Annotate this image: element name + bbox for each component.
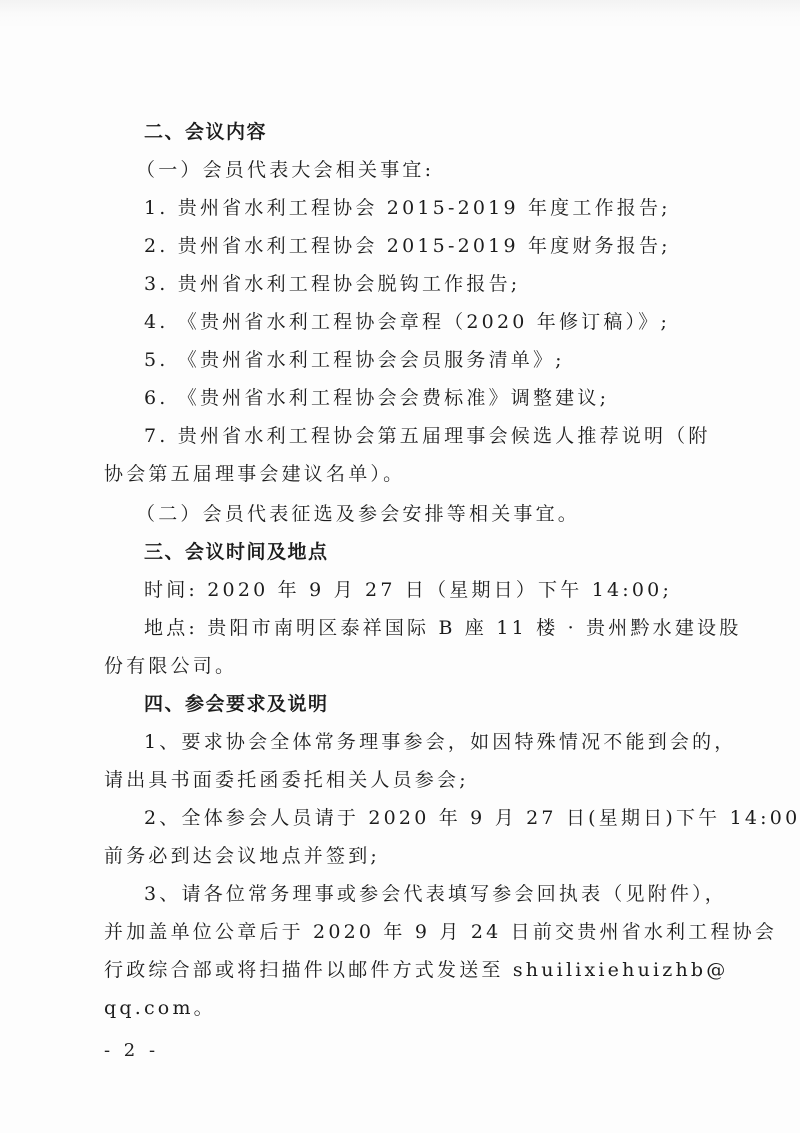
- section-heading-meeting-content: 二、会议内容: [144, 118, 267, 146]
- subsection-heading-member-congress: （一）会员代表大会相关事宜:: [136, 156, 434, 184]
- agenda-item-4: 4. 《贵州省水利工程协会章程（2020 年修订稿）》;: [144, 308, 670, 336]
- section-heading-requirements: 四、参会要求及说明: [144, 690, 329, 718]
- agenda-item-7: 7. 贵州省水利工程协会第五届理事会候选人推荐说明（附: [144, 422, 711, 450]
- meeting-location: 地点: 贵阳市南明区泰祥国际 B 座 11 楼 · 贵州黔水建设股: [144, 614, 741, 642]
- requirement-1-continued: 请出具书面委托函委托相关人员参会;: [104, 766, 469, 794]
- requirement-2-continued: 前务必到达会议地点并签到;: [104, 842, 380, 870]
- requirement-3-continued-1: 并加盖单位公章后于 2020 年 9 月 24 日前交贵州省水利工程协会: [104, 918, 777, 946]
- agenda-item-3: 3. 贵州省水利工程协会脱钩工作报告;: [144, 270, 520, 298]
- scan-edge: [0, 0, 800, 28]
- agenda-item-6: 6. 《贵州省水利工程协会会费标准》调整建议;: [144, 384, 609, 412]
- meeting-time: 时间: 2020 年 9 月 27 日（星期日）下午 14:00;: [144, 576, 672, 604]
- requirement-1: 1、要求协会全体常务理事参会，如因特殊情况不能到会的，: [144, 728, 737, 756]
- page-number: - 2 -: [104, 1040, 159, 1061]
- agenda-item-5: 5. 《贵州省水利工程协会会员服务清单》;: [144, 346, 565, 374]
- meeting-location-continued: 份有限公司。: [104, 652, 237, 680]
- requirement-3: 3、请各位常务理事或参会代表填写参会回执表（见附件），: [144, 880, 727, 908]
- requirement-3-continued-2: 行政综合部或将扫描件以邮件方式发送至 shuilixiehuizhb@: [104, 956, 729, 984]
- agenda-item-7-continued: 协会第五届理事会建议名单）。: [104, 460, 405, 488]
- requirement-3-email-end: qq.com。: [104, 994, 216, 1022]
- requirement-2: 2、全体参会人员请于 2020 年 9 月 27 日(星期日)下午 14:00: [144, 804, 800, 832]
- subsection-heading-member-selection: （二）会员代表征选及参会安排等相关事宜。: [136, 500, 580, 528]
- section-heading-time-location: 三、会议时间及地点: [144, 538, 329, 566]
- agenda-item-2: 2. 贵州省水利工程协会 2015-2019 年度财务报告;: [144, 232, 671, 260]
- agenda-item-1: 1. 贵州省水利工程协会 2015-2019 年度工作报告;: [144, 194, 671, 222]
- document-page: 二、会议内容 （一）会员代表大会相关事宜: 1. 贵州省水利工程协会 2015-…: [0, 0, 800, 1133]
